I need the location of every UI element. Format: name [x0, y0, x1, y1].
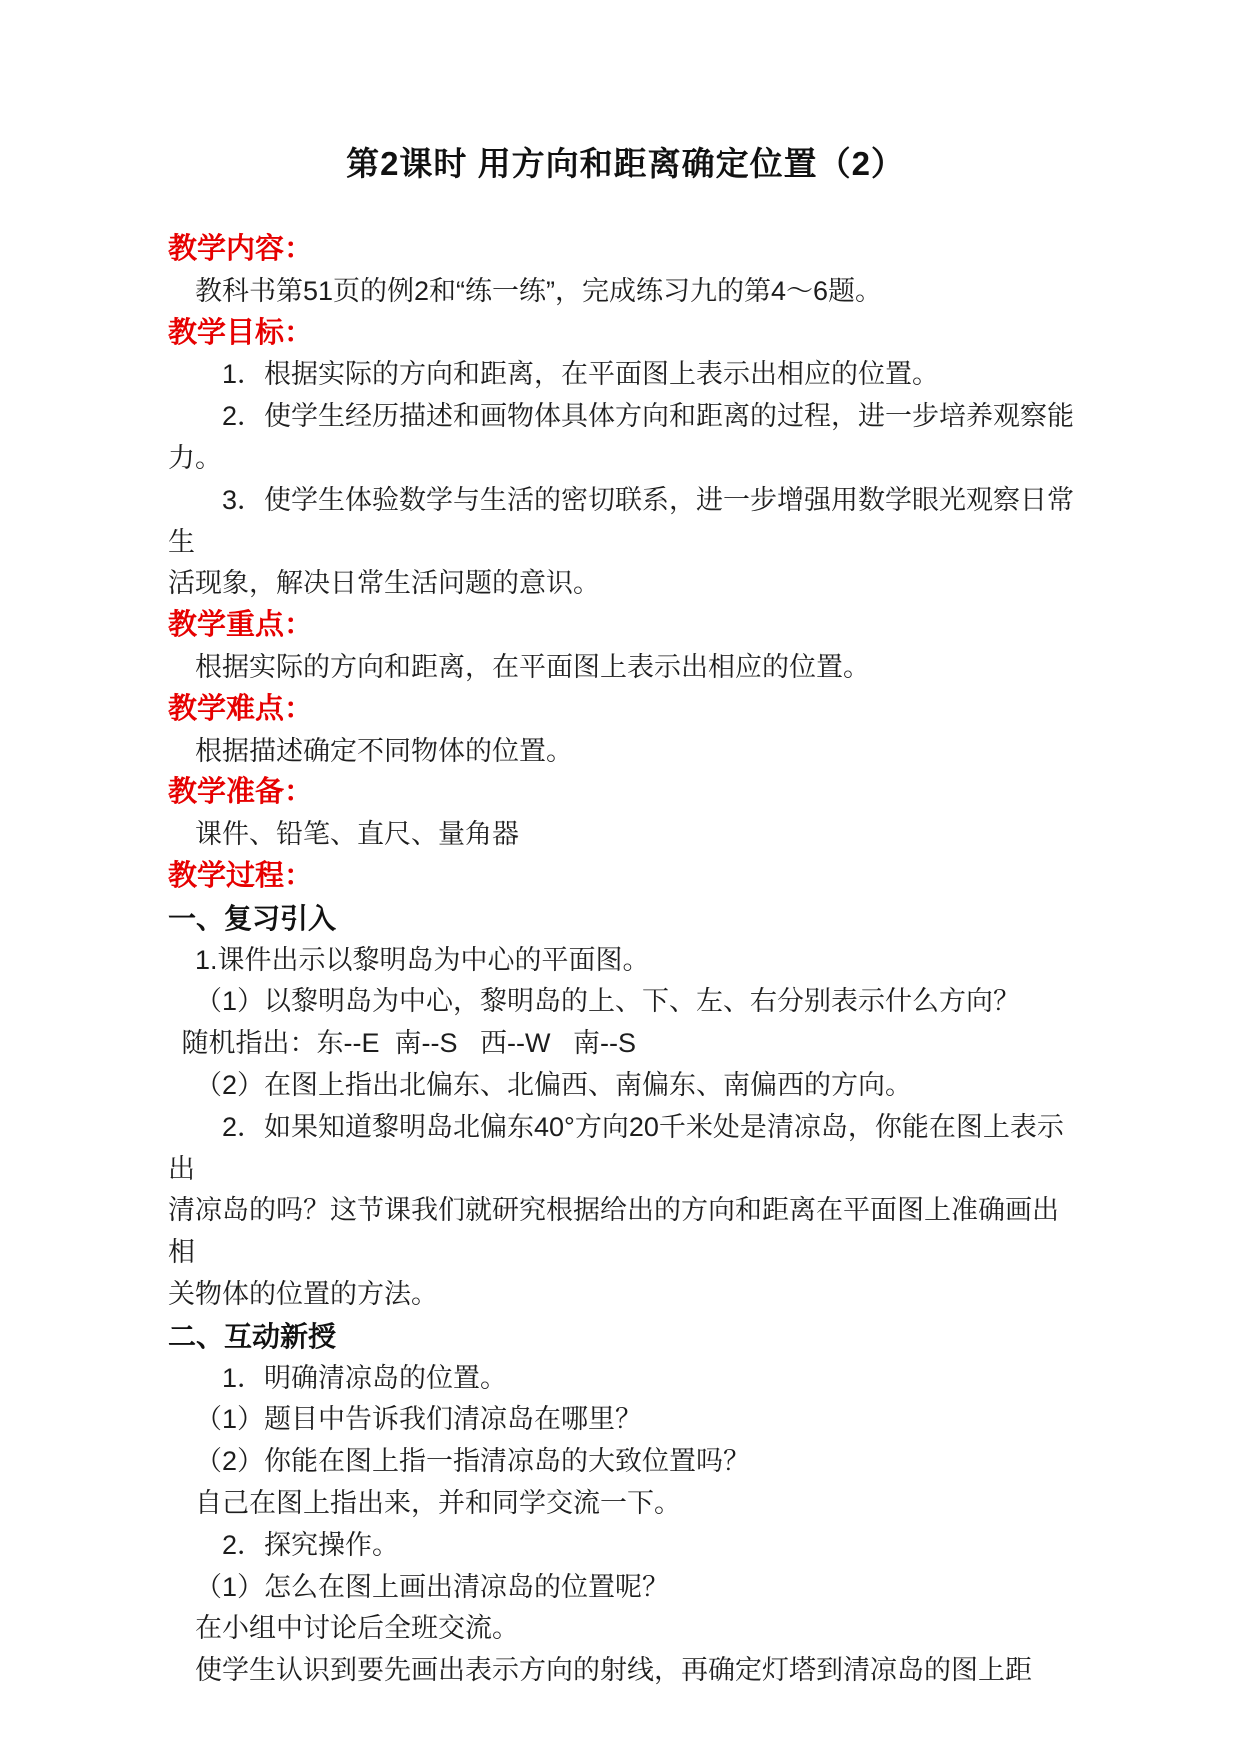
- text-line: 3．使学生体验数学与生活的密切联系，进一步增强用数学眼光观察日常生: [168, 480, 1083, 564]
- text-line: 1．明确清凉岛的位置。: [168, 1358, 1083, 1400]
- document-page: 第2课时 用方向和距离确定位置（2） 教学内容： 教科书第51页的例2和“练一练…: [0, 0, 1241, 1754]
- text-line: （2）你能在图上指一指清凉岛的大致位置吗？: [168, 1441, 1083, 1483]
- section-review-intro: 一、复习引入: [168, 898, 1083, 940]
- heading-teaching-content: 教学内容：: [168, 229, 1083, 271]
- text-line: （1）怎么在图上画出清凉岛的位置呢？: [168, 1567, 1083, 1609]
- text-line: 清凉岛的吗？这节课我们就研究根据给出的方向和距离在平面图上准确画出相: [168, 1190, 1083, 1274]
- heading-teaching-goals: 教学目标：: [168, 313, 1083, 355]
- text-line: 力。: [168, 438, 1083, 480]
- section-interactive-teaching: 二、互动新授: [168, 1316, 1083, 1358]
- text-line: 根据实际的方向和距离，在平面图上表示出相应的位置。: [168, 647, 1083, 689]
- text-line: 使学生认识到要先画出表示方向的射线，再确定灯塔到清凉岛的图上距: [168, 1650, 1083, 1692]
- text-line: 活现象，解决日常生活问题的意识。: [168, 563, 1083, 605]
- text-line: 在小组中讨论后全班交流。: [168, 1608, 1083, 1650]
- text-line-direction-letters: 随机指出：东--E 南--S 西--W 南--S: [168, 1023, 1083, 1065]
- text-line: （2）在图上指出北偏东、北偏西、南偏东、南偏西的方向。: [168, 1065, 1083, 1107]
- text-line: （1）以黎明岛为中心，黎明岛的上、下、左、右分别表示什么方向？: [168, 981, 1083, 1023]
- text-line: （1）题目中告诉我们清凉岛在哪里？: [168, 1399, 1083, 1441]
- text-line: 1．根据实际的方向和距离，在平面图上表示出相应的位置。: [168, 354, 1083, 396]
- document-content: 第2课时 用方向和距离确定位置（2） 教学内容： 教科书第51页的例2和“练一练…: [0, 0, 1241, 1692]
- text-line: 教科书第51页的例2和“练一练”，完成练习九的第4～6题。: [168, 271, 1083, 313]
- text-line: 1.课件出示以黎明岛为中心的平面图。: [168, 940, 1083, 982]
- heading-teaching-process: 教学过程：: [168, 856, 1083, 898]
- document-title: 第2课时 用方向和距离确定位置（2）: [168, 141, 1083, 187]
- text-line: 2．如果知道黎明岛北偏东40°方向20千米处是清凉岛，你能在图上表示出: [168, 1107, 1083, 1191]
- heading-teaching-preparation: 教学准备：: [168, 772, 1083, 814]
- text-line: 根据描述确定不同物体的位置。: [168, 731, 1083, 773]
- heading-teaching-key-point: 教学重点：: [168, 605, 1083, 647]
- text-line: 课件、铅笔、直尺、量角器: [168, 814, 1083, 856]
- text-line: 2．使学生经历描述和画物体具体方向和距离的过程，进一步培养观察能: [168, 396, 1083, 438]
- text-line: 自己在图上指出来，并和同学交流一下。: [168, 1483, 1083, 1525]
- text-line: 2．探究操作。: [168, 1525, 1083, 1567]
- heading-teaching-difficulty: 教学难点：: [168, 689, 1083, 731]
- text-line: 关物体的位置的方法。: [168, 1274, 1083, 1316]
